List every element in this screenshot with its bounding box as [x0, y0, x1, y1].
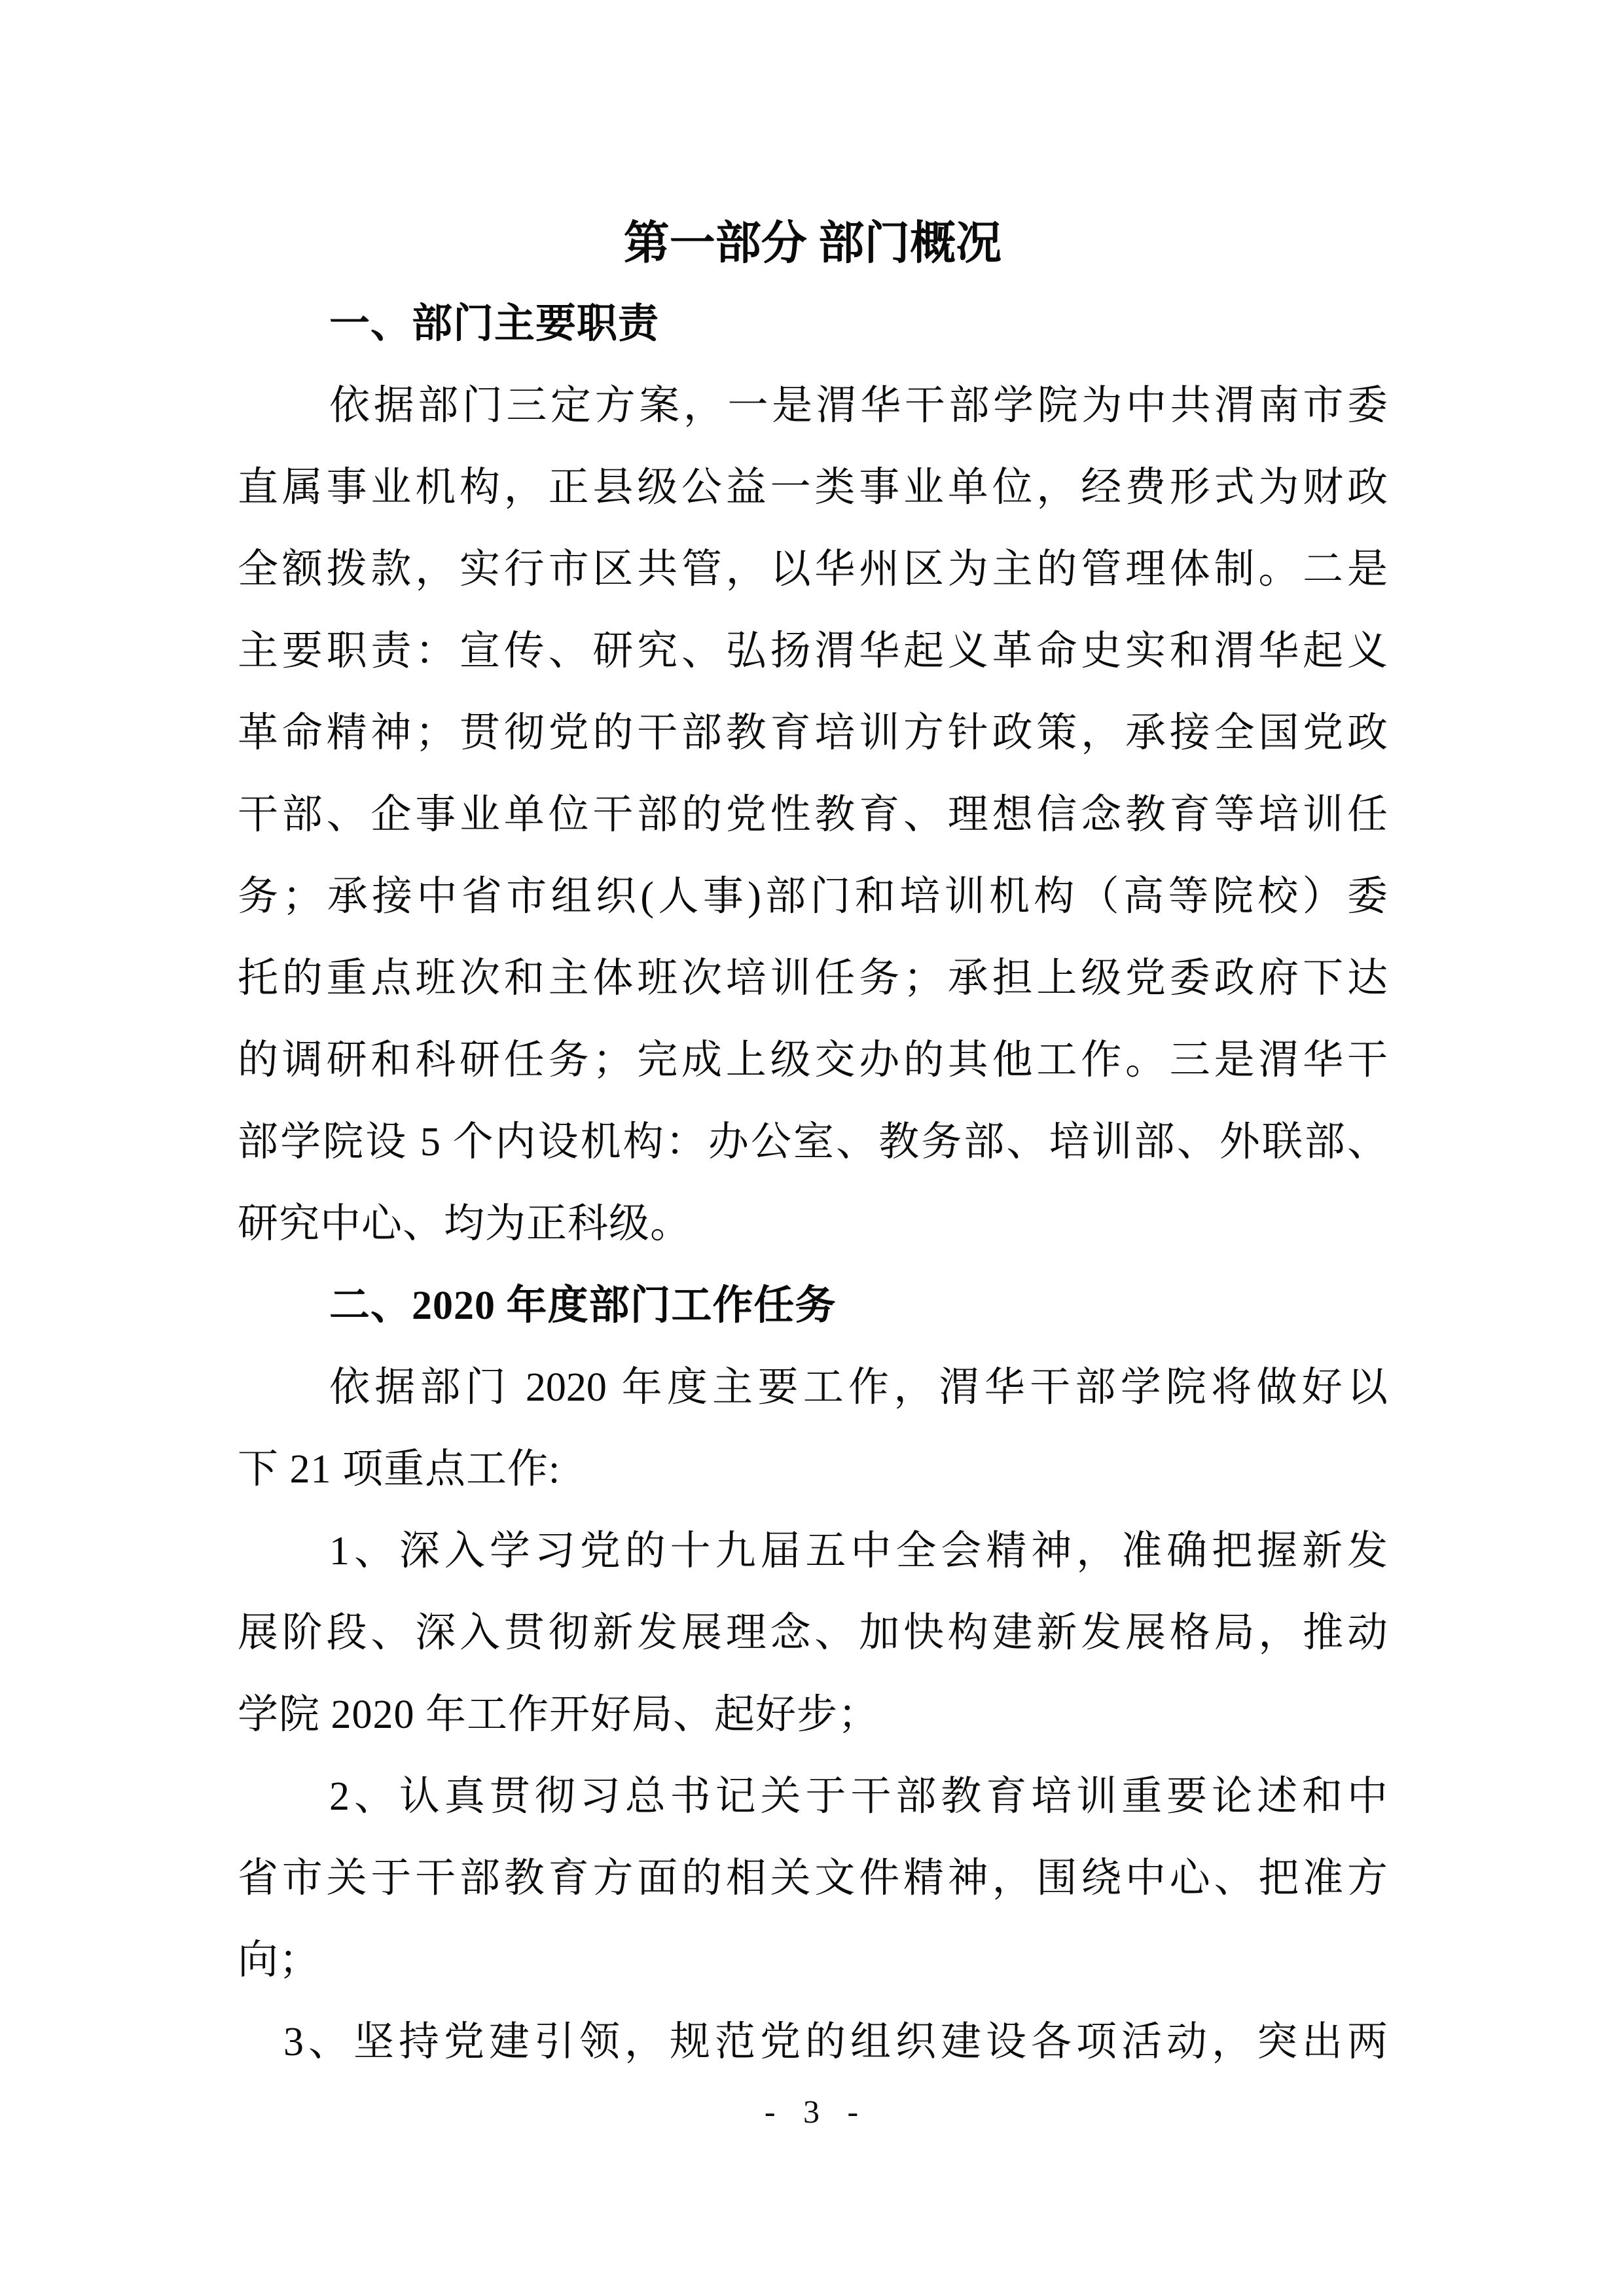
- body-line: 革命精神；贯彻党的干部教育培训方针政策，承接全国党政: [238, 692, 1388, 774]
- body-line: 依据部门三定方案，一是渭华干部学院为中共渭南市委: [238, 365, 1388, 447]
- list-item-1-line: 1、深入学习党的十九届五中全会精神，准确把握新发: [238, 1511, 1388, 1592]
- body-line: 全额拨款，实行市区共管，以华州区为主的管理体制。二是: [238, 529, 1388, 611]
- section-heading-1: 一、部门主要职责: [238, 283, 1388, 365]
- body-line: 直属事业机构，正县级公益一类事业单位，经费形式为财政: [238, 447, 1388, 529]
- body-line: 部学院设 5 个内设机构：办公室、教务部、培训部、外联部、: [238, 1102, 1388, 1183]
- list-item-2-line: 向；: [238, 1920, 1388, 2001]
- list-item-1-line: 展阶段、深入贯彻新发展理念、加快构建新发展格局，推动: [238, 1592, 1388, 1674]
- body-line: 务；承接中省市组织(人事)部门和培训机构（高等院校）委: [238, 856, 1388, 938]
- body-line: 托的重点班次和主体班次培训任务；承担上级党委政府下达: [238, 938, 1388, 1020]
- body-line: 的调研和科研任务；完成上级交办的其他工作。三是渭华干: [238, 1020, 1388, 1102]
- document-page: 第一部分 部门概况 一、部门主要职责 依据部门三定方案，一是渭华干部学院为中共渭…: [0, 0, 1624, 2296]
- section-heading-2: 二、2020 年度部门工作任务: [238, 1265, 1388, 1347]
- body-line: 研究中心、均为正科级。: [238, 1183, 1388, 1265]
- body-line: 下 21 项重点工作:: [238, 1429, 1388, 1511]
- list-item-2-line: 2、认真贯彻习总书记关于干部教育培训重要论述和中: [238, 1756, 1388, 1838]
- list-item-2-line: 省市关于干部教育方面的相关文件精神，围绕中心、把准方: [238, 1838, 1388, 1920]
- body-line: 依据部门 2020 年度主要工作，渭华干部学院将做好以: [238, 1347, 1388, 1429]
- list-item-3-line: 3、坚持党建引领，规范党的组织建设各项活动，突出两: [238, 2001, 1388, 2083]
- body-line: 主要职责：宣传、研究、弘扬渭华起义革命史实和渭华起义: [238, 611, 1388, 692]
- document-title: 第一部分 部门概况: [238, 205, 1388, 283]
- list-item-1-line: 学院 2020 年工作开好局、起好步；: [238, 1674, 1388, 1756]
- page-number: - 3 -: [238, 2089, 1388, 2134]
- text-block: 第一部分 部门概况 一、部门主要职责 依据部门三定方案，一是渭华干部学院为中共渭…: [238, 0, 1388, 2134]
- body-line: 干部、企事业单位干部的党性教育、理想信念教育等培训任: [238, 774, 1388, 856]
